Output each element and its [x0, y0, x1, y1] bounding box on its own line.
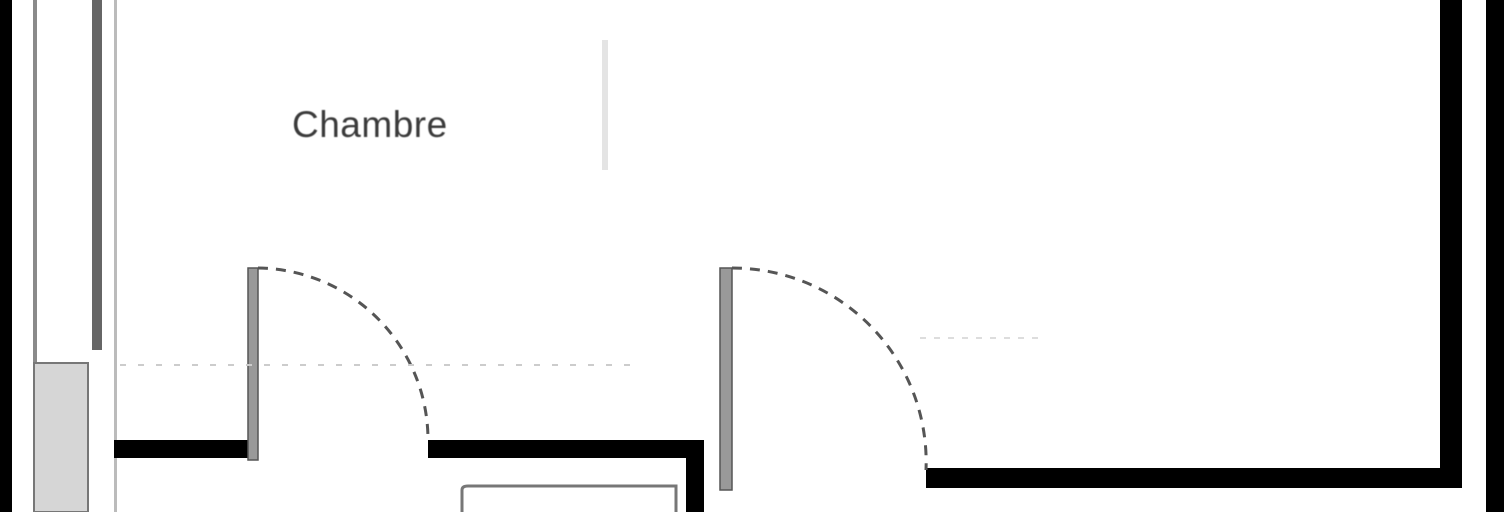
- frame-right-border: [1486, 0, 1504, 512]
- right-wall: [1440, 0, 1462, 488]
- left-thin-wall-inner: [92, 0, 102, 350]
- wall-segment-3: [926, 468, 1456, 488]
- wall-segment-1: [114, 440, 250, 458]
- door-right-leaf: [720, 268, 732, 490]
- frame-left-border: [0, 0, 12, 512]
- door-left-swing-arc: [258, 268, 428, 440]
- wall-segment-2-return: [686, 440, 704, 512]
- hatched-column: [34, 363, 88, 512]
- left-thin-wall-inner-2: [114, 0, 117, 512]
- room-label-chambre: Chambre: [292, 104, 448, 146]
- bathtub: [462, 486, 676, 512]
- floor-plan: [0, 0, 1504, 512]
- door-right-swing-arc: [732, 268, 926, 470]
- wall-segment-2: [428, 440, 704, 458]
